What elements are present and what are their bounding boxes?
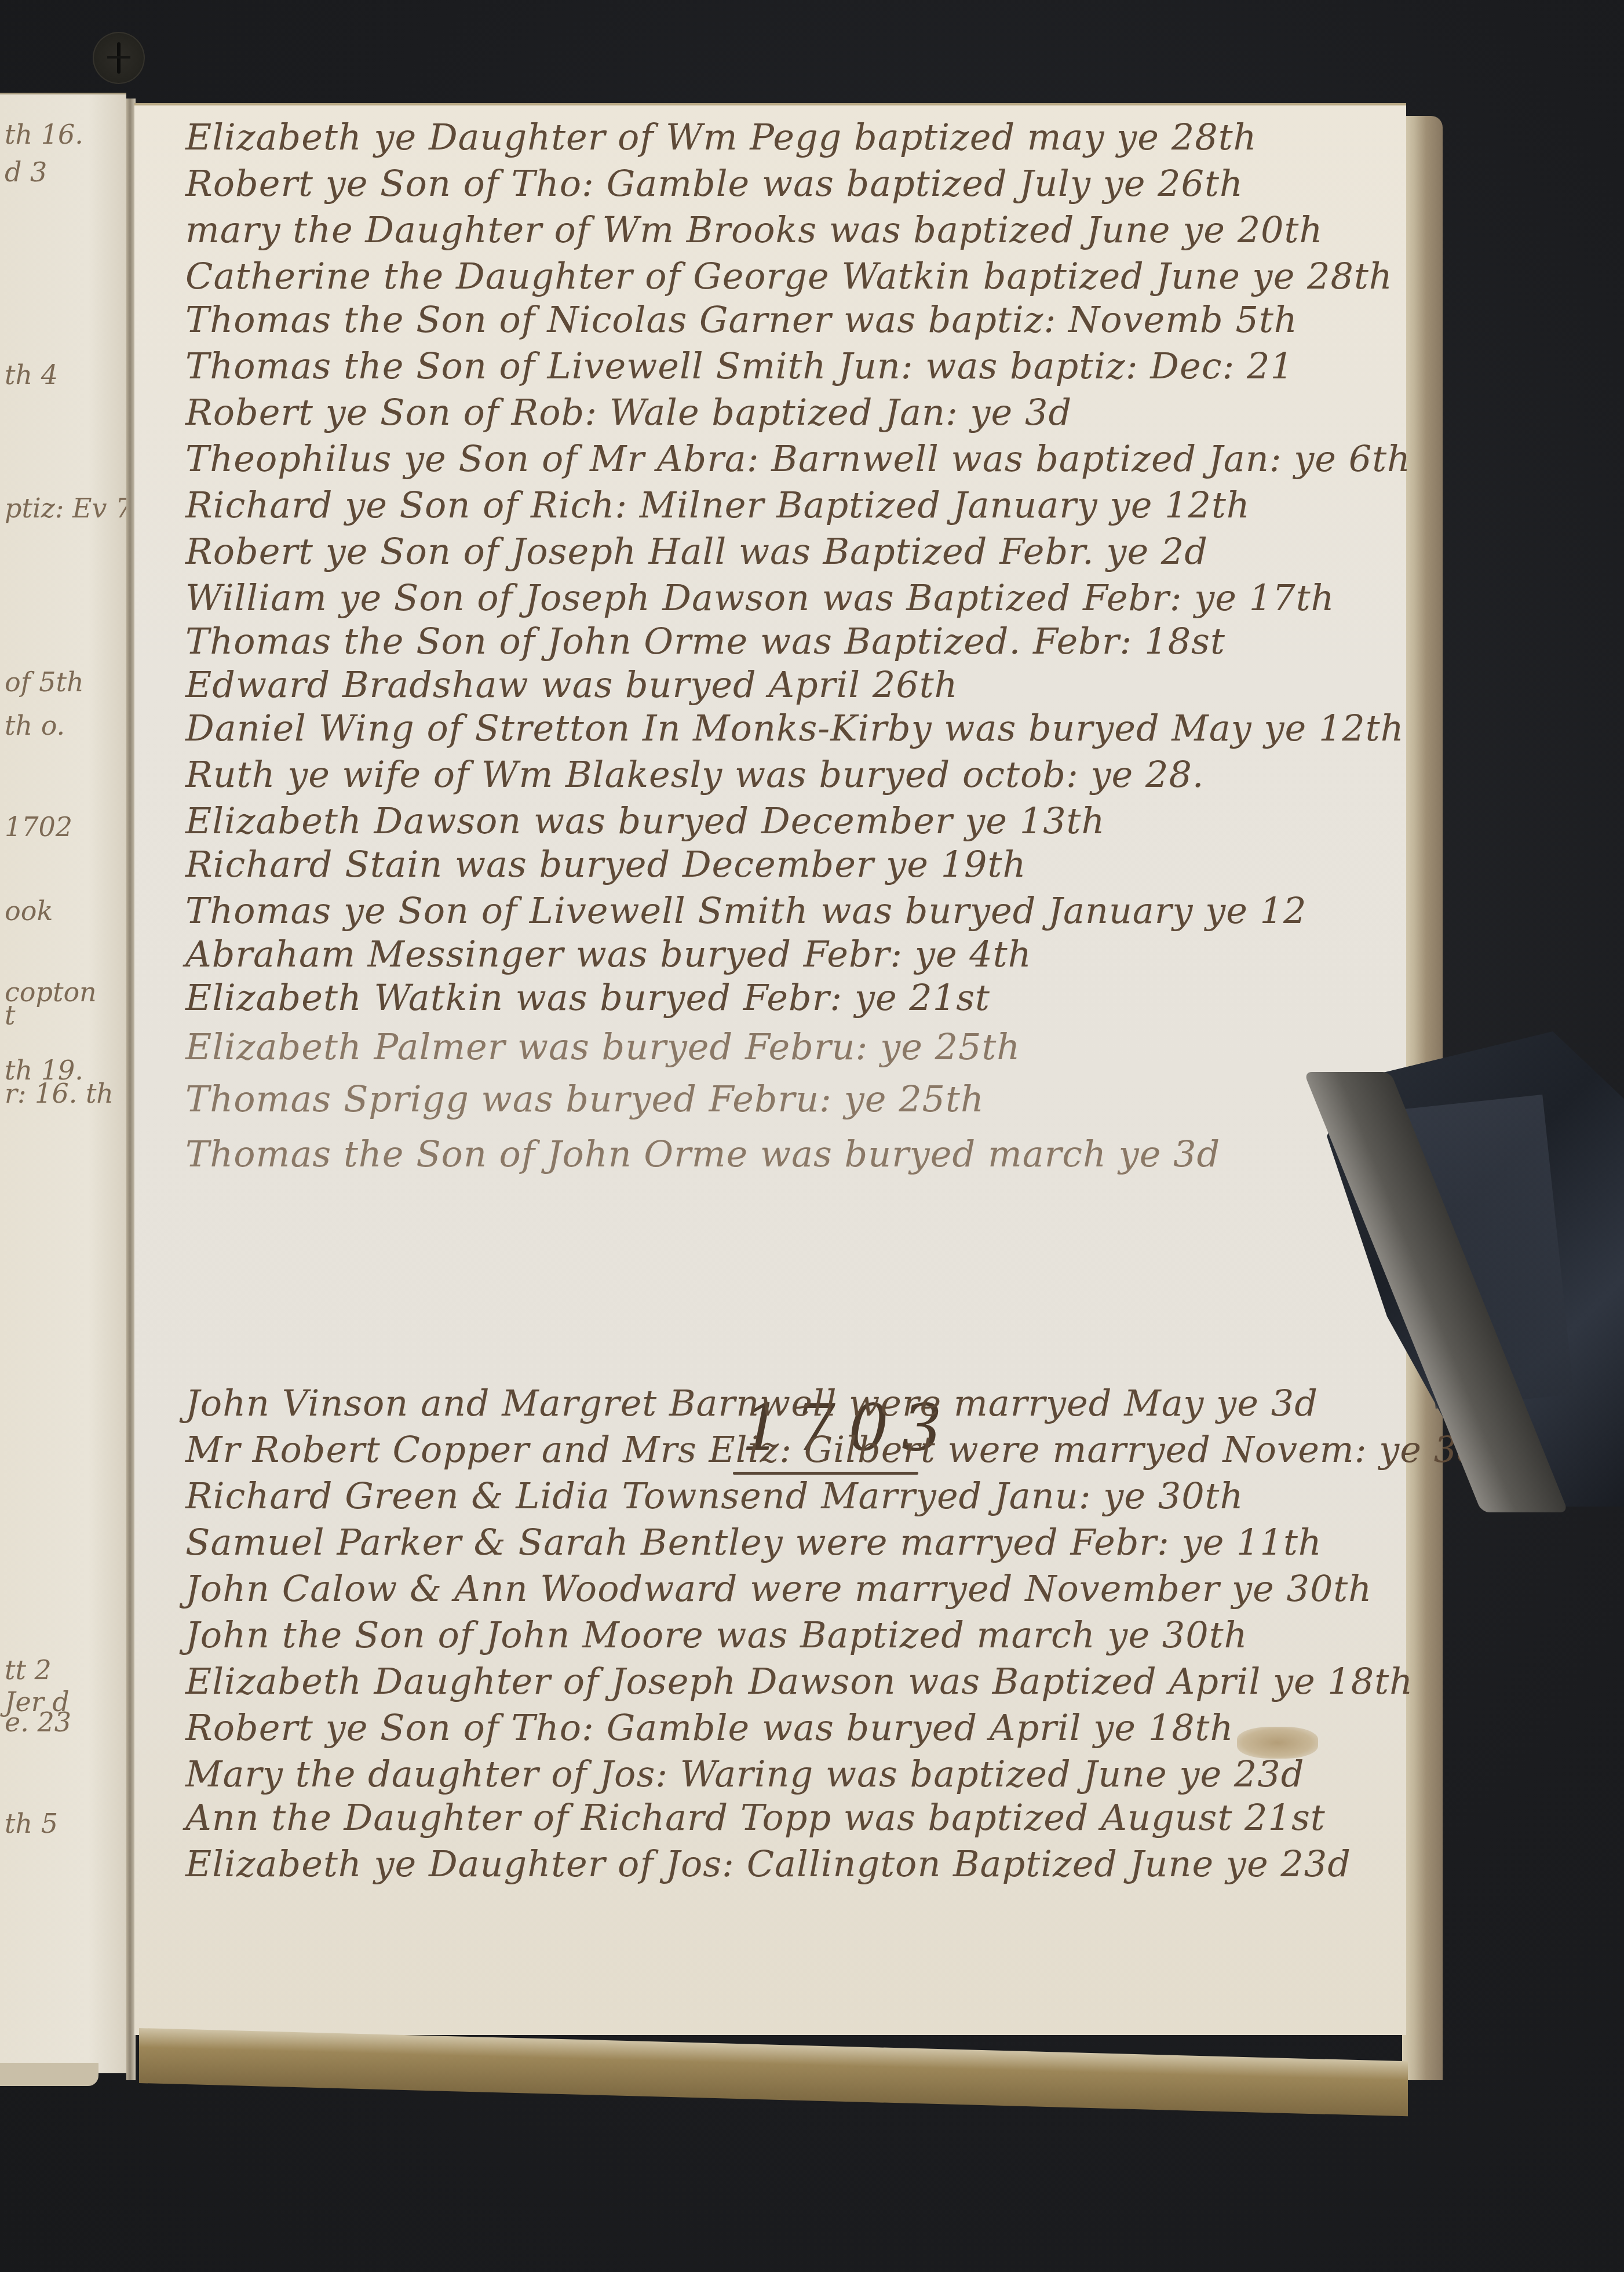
left-page-fragment: r: 16. th [5,1078,114,1109]
left-page-fragment: th o. [5,710,65,741]
left-page-fragment: 1702 [5,811,72,843]
left-page-fragment: copton [5,976,97,1008]
left-page-fragment: e. 23 [5,1706,71,1738]
register-entry: Thomas Sprigg was buryed Febru: ye 25th [185,1078,984,1120]
register-entry: Robert ye Son of Tho: Gamble was buryed … [185,1706,1233,1749]
register-entry: John Calow & Ann Woodward were marryed N… [185,1567,1372,1610]
register-entry: John the Son of John Moore was Baptized … [185,1614,1248,1656]
register-entry: Thomas the Son of Livewell Smith Jun: wa… [185,345,1294,387]
register-entry: John Vinson and Margret Barnwell were ma… [185,1382,1318,1424]
register-entry: Elizabeth Dawson was buryed December ye … [185,800,1105,842]
register-entry: mary the Daughter of Wm Brooks was bapti… [185,209,1323,251]
register-entry: Mr Robert Copper and Mrs Eliz: Gilbert w… [185,1428,1481,1471]
left-page-fragment: of 5th [5,666,84,698]
register-entry: Elizabeth Watkin was buryed Febr: ye 21s… [185,976,990,1019]
register-entry: Robert ye Son of Tho: Gamble was baptize… [185,162,1243,205]
register-entry: Elizabeth Daughter of Joseph Dawson was … [185,1660,1413,1702]
register-entry: Thomas the Son of John Orme was buryed m… [185,1133,1220,1175]
register-entry: Richard Stain was buryed December ye 19t… [185,843,1026,885]
left-page-edge [0,2063,98,2086]
left-page-fragment: th 4 [5,359,58,391]
register-entry: Mary the daughter of Jos: Waring was bap… [185,1753,1304,1795]
register-entry: Theophilus ye Son of Mr Abra: Barnwell w… [185,437,1411,480]
left-page-fragment: t [5,1000,16,1031]
register-entry: Robert ye Son of Rob: Wale baptized Jan:… [185,391,1072,433]
register-entry: Elizabeth Palmer was buryed Febru: ye 25… [185,1026,1020,1068]
binder-clip [1304,1031,1624,1530]
register-entry: Thomas ye Son of Livewell Smith was bury… [185,889,1307,932]
register-entry: Elizabeth ye Daughter of Wm Pegg baptize… [185,116,1257,158]
register-entry: Thomas the Son of John Orme was Baptized… [185,620,1225,662]
register-entry: Robert ye Son of Joseph Hall was Baptize… [185,530,1208,572]
left-page-fragment: th 5 [5,1808,58,1839]
register-entry: Edward Bradshaw was buryed April 26th [185,663,958,706]
left-page-fragment: ook [5,895,53,927]
register-entry: Abraham Messinger was buryed Febr: ye 4t… [185,933,1032,975]
register-entry: William ye Son of Joseph Dawson was Bapt… [185,577,1334,619]
register-entry: Thomas the Son of Nicolas Garner was bap… [185,298,1298,341]
register-entry: Ruth ye wife of Wm Blakesly was buryed o… [185,753,1205,796]
register-entry: Richard ye Son of Rich: Milner Baptized … [185,484,1250,526]
register-entry: Catherine the Daughter of George Watkin … [185,255,1393,297]
register-entry: Elizabeth ye Daughter of Jos: Callington… [185,1843,1351,1885]
left-page-fragment: th 16. [5,119,83,150]
register-entry: Ann the Daughter of Richard Topp was bap… [185,1796,1326,1839]
screw-icon [93,32,145,84]
register-entry: Daniel Wing of Stretton In Monks-Kirby w… [185,707,1404,749]
register-entry: Richard Green & Lidia Townsend Marryed J… [185,1475,1243,1517]
left-page-fragment: tt 2 [5,1654,52,1686]
left-page-fragment: d 3 [5,156,47,188]
register-entry: Samuel Parker & Sarah Bentley were marry… [185,1521,1322,1563]
